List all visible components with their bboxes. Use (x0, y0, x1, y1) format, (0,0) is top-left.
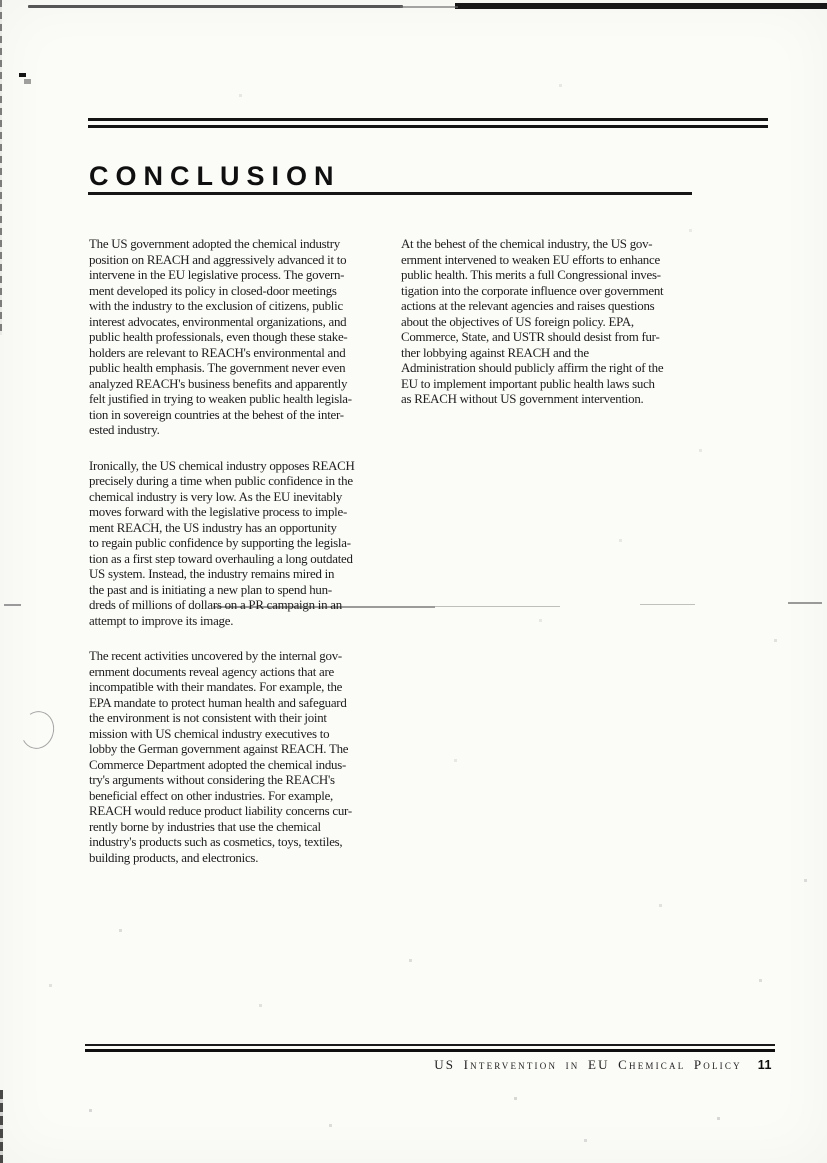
text-line: ested industry. (89, 423, 387, 439)
text-line: dreds of millions of dollars on a PR cam… (89, 598, 387, 614)
text-line: ther lobbying against REACH and the (401, 346, 699, 362)
scan-edge-artifact (400, 6, 458, 8)
text-line: try's arguments without considering the … (89, 773, 387, 789)
text-line: as REACH without US government intervent… (401, 392, 699, 408)
text-line: Commerce Department adopted the chemical… (89, 758, 387, 774)
text-line: precisely during a time when public conf… (89, 474, 387, 490)
body-columns: The US government adopted the chemical i… (89, 237, 699, 886)
text-line: public health. This merits a full Congre… (401, 268, 699, 284)
heading-underline-rule (88, 192, 692, 195)
text-line: ment developed its policy in closed-door… (89, 284, 387, 300)
footer-double-rule (85, 1044, 775, 1052)
text-line: holders are relevant to REACH's environm… (89, 346, 387, 362)
text-line: to regain public confidence by supportin… (89, 536, 387, 552)
text-line: position on REACH and aggressively advan… (89, 253, 387, 269)
scan-left-edge-artifact (0, 1090, 3, 1163)
text-line: US system. Instead, the industry remains… (89, 567, 387, 583)
text-line: incompatible with their mandates. For ex… (89, 680, 387, 696)
text-line: mission with US chemical industry execut… (89, 727, 387, 743)
scan-edge-artifact (28, 5, 403, 8)
text-line: The recent activities uncovered by the i… (89, 649, 387, 665)
text-line: chemical industry is very low. As the EU… (89, 490, 387, 506)
text-line: ment REACH, the US industry has an oppor… (89, 521, 387, 537)
text-line: public health emphasis. The government n… (89, 361, 387, 377)
text-line: analyzed REACH's business benefits and a… (89, 377, 387, 393)
text-line: interest advocates, environmental organi… (89, 315, 387, 331)
scanned-document-page: CONCLUSION The US government adopted the… (0, 0, 827, 1163)
text-line: Commerce, State, and USTR should desist … (401, 330, 699, 346)
top-double-rule (88, 118, 768, 128)
text-line: tigation into the corporate influence ov… (401, 284, 699, 300)
text-line: the past and is initiating a new plan to… (89, 583, 387, 599)
text-line: about the objectives of US foreign polic… (401, 315, 699, 331)
page-number: 11 (758, 1058, 772, 1072)
paragraph: At the behest of the chemical industry, … (401, 237, 699, 408)
text-line: The US government adopted the chemical i… (89, 237, 387, 253)
footer-running-title: US Intervention in EU Chemical Policy (434, 1057, 742, 1072)
right-column: At the behest of the chemical industry, … (401, 237, 699, 886)
scan-fold-line (788, 602, 822, 604)
text-line: EPA mandate to protect human health and … (89, 696, 387, 712)
text-line: actions at the relevant agencies and rai… (401, 299, 699, 315)
paragraph: The US government adopted the chemical i… (89, 237, 387, 439)
text-line: ernment documents reveal agency actions … (89, 665, 387, 681)
text-line: REACH would reduce product liability con… (89, 804, 387, 820)
scan-circle-artifact (17, 708, 58, 753)
scan-noise-speckles (0, 0, 1, 1)
ink-smudge-mark (24, 79, 31, 84)
text-line: Administration should publicly affirm th… (401, 361, 699, 377)
text-line: Ironically, the US chemical industry opp… (89, 459, 387, 475)
text-line: lobby the German government against REAC… (89, 742, 387, 758)
text-line: At the behest of the chemical industry, … (401, 237, 699, 253)
scan-edge-artifact (455, 3, 827, 9)
paragraph: Ironically, the US chemical industry opp… (89, 459, 387, 630)
page-footer: US Intervention in EU Chemical Policy11 (85, 1056, 772, 1074)
text-line: tion in sovereign countries at the behes… (89, 408, 387, 424)
text-line: beneficial effect on other industries. F… (89, 789, 387, 805)
text-line: ernment intervened to weaken EU efforts … (401, 253, 699, 269)
text-line: building products, and electronics. (89, 851, 387, 867)
paragraph: The recent activities uncovered by the i… (89, 649, 387, 866)
left-column: The US government adopted the chemical i… (89, 237, 387, 886)
text-line: public health professionals, even though… (89, 330, 387, 346)
text-line: EU to implement important public health … (401, 377, 699, 393)
text-line: attempt to improve its image. (89, 614, 387, 630)
text-line: intervene in the EU legislative process.… (89, 268, 387, 284)
text-line: industry's products such as cosmetics, t… (89, 835, 387, 851)
text-line: the environment is not consistent with t… (89, 711, 387, 727)
ink-smudge-mark (19, 73, 26, 77)
text-line: rently borne by industries that use the … (89, 820, 387, 836)
scan-left-edge-artifact (0, 0, 2, 335)
scan-fold-line (4, 604, 21, 606)
page-title: CONCLUSION (89, 161, 341, 192)
text-line: tion as a first step toward overhauling … (89, 552, 387, 568)
text-line: felt justified in trying to weaken publi… (89, 392, 387, 408)
text-line: moves forward with the legislative proce… (89, 505, 387, 521)
text-line: with the industry to the exclusion of ci… (89, 299, 387, 315)
